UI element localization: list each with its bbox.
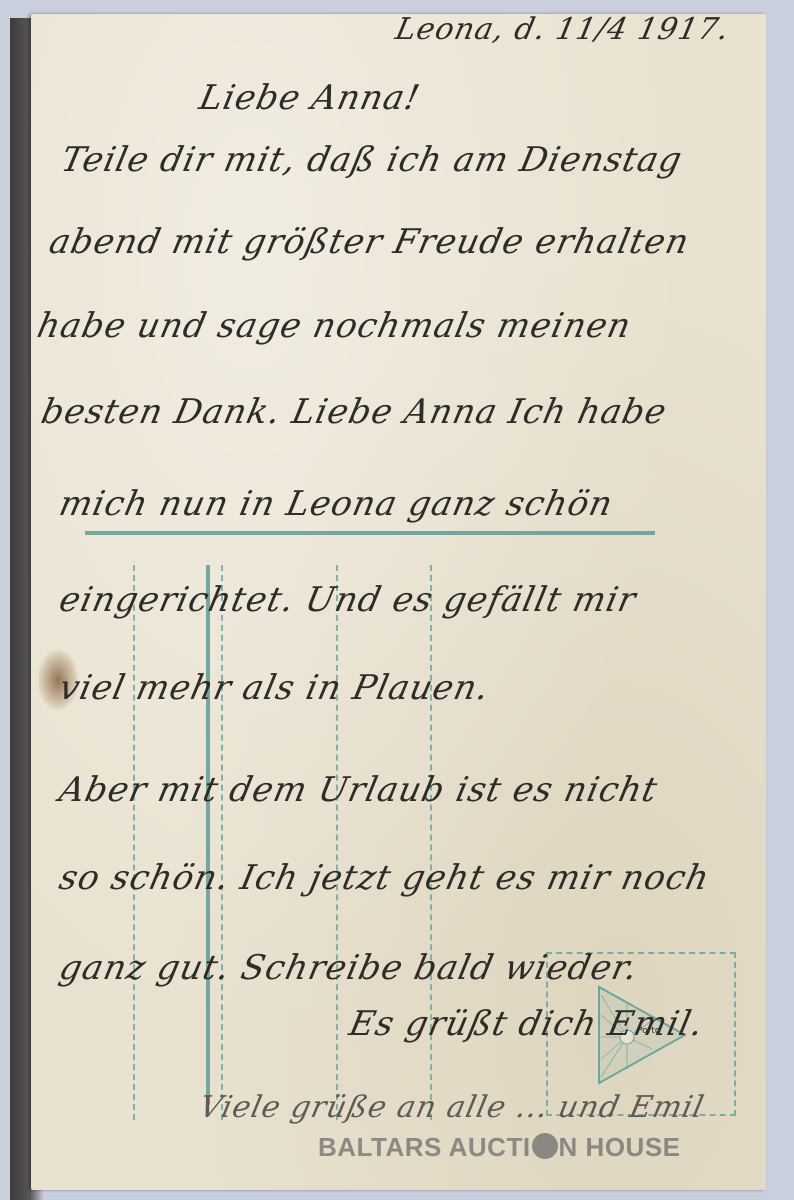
- letter-line-1: Teile dir mit, daß ich am Dienstag: [58, 140, 686, 180]
- letter-line-6: eingerichtet. Und es gefällt mir: [56, 580, 640, 620]
- closing: Es grüßt dich Emil.: [346, 1004, 708, 1044]
- watermark-text-1: BALTARS AUCTI: [318, 1132, 531, 1162]
- letter-line-2: abend mit größter Freude erhalten: [46, 222, 693, 262]
- watermark-logo-icon: [532, 1133, 558, 1159]
- letter-line-9: so schön. Ich jetzt geht es mir noch: [56, 858, 714, 898]
- vertical-divider-line: [206, 565, 210, 1105]
- letter-line-8: Aber mit dem Urlaub ist es nicht: [56, 770, 662, 810]
- dashed-guide-1: [133, 565, 135, 1120]
- letter-line-3: habe und sage nochmals meinen: [34, 306, 635, 346]
- letter-line-10: ganz gut. Schreibe bald wieder.: [56, 948, 642, 988]
- dashed-guide-2: [221, 565, 223, 1120]
- address-divider-line: [85, 531, 655, 535]
- postscript: Viele grüße an alle ... und Emil: [196, 1090, 707, 1125]
- letter-line-5: mich nun in Leona ganz schön: [56, 484, 617, 524]
- letter-line-7: viel mehr als in Plauen.: [56, 668, 493, 708]
- auction-watermark: BALTARS AUCTIN HOUSE: [318, 1132, 681, 1163]
- letter-line-4: besten Dank. Liebe Anna Ich habe: [38, 392, 671, 432]
- place-date: Leona, d. 11/4 1917.: [392, 12, 733, 47]
- dashed-guide-3: [336, 565, 338, 1120]
- watermark-text-2: N HOUSE: [559, 1132, 681, 1162]
- salutation: Liebe Anna!: [196, 78, 424, 118]
